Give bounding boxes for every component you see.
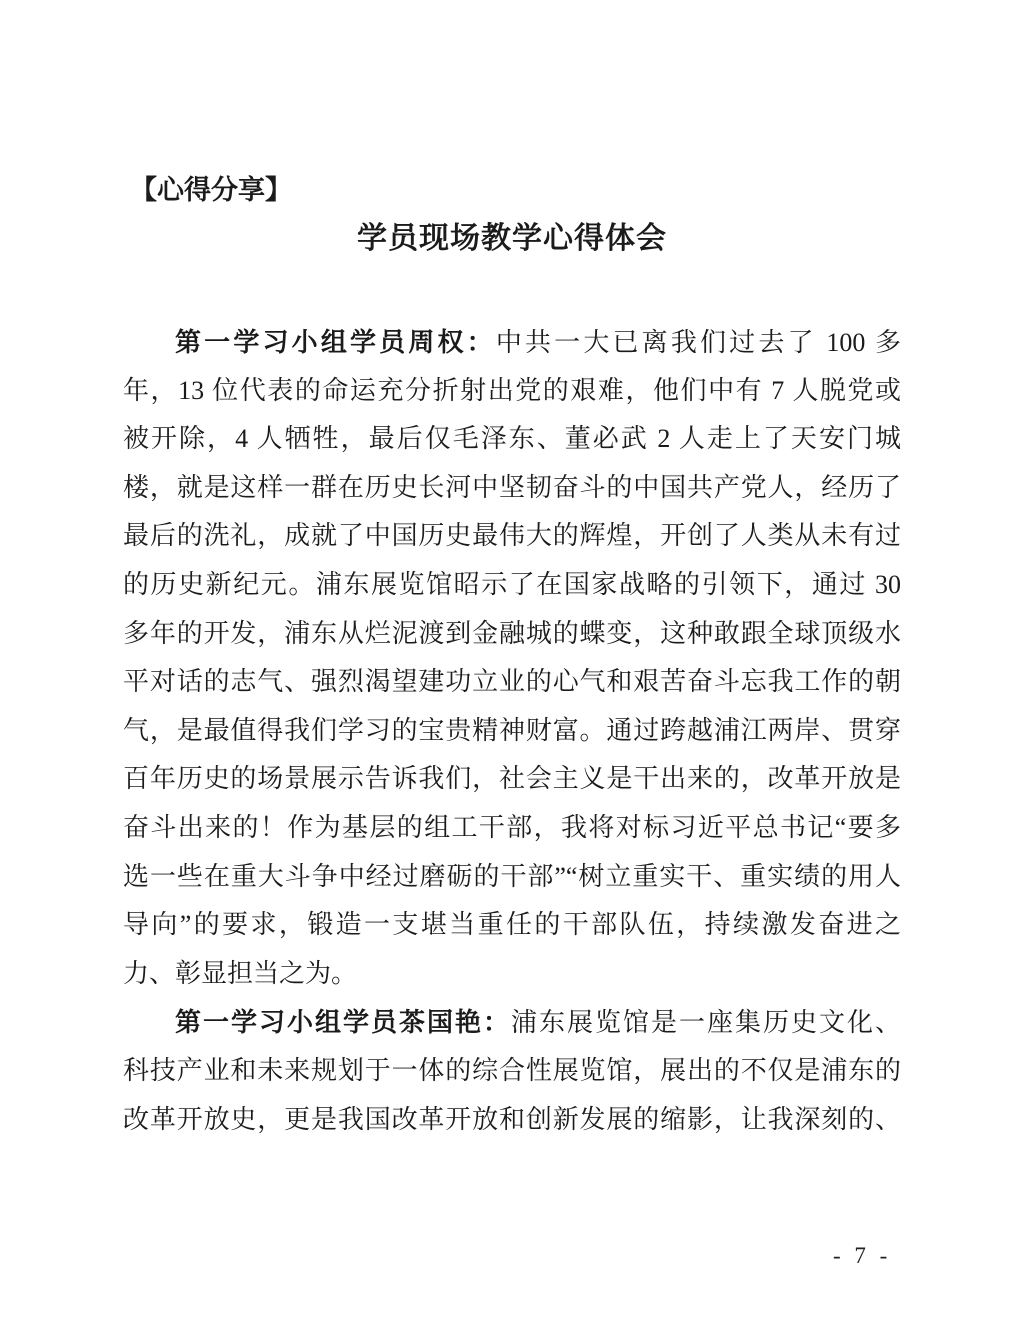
text-line: 气，是最值得我们学习的宝贵精神财富。通过跨越浦江两岸、贯穿 — [123, 707, 901, 756]
text-segment: 选一些在重大斗争中经过磨砺的干部”“树立重实干、重实绩的用人 — [123, 862, 901, 891]
text-segment: 百年历史的场景展示告诉我们，社会主义是干出来的，改革开放是 — [123, 764, 901, 793]
text-segment: 中共一大已离我们过去了 100 多 — [496, 328, 901, 357]
text-segment: 气，是最值得我们学习的宝贵精神财富。通过跨越浦江两岸、贯穿 — [123, 716, 901, 745]
paragraph-chaguoyan: 第一学习小组学员茶国艳：浦东展览馆是一座集历史文化、科技产业和未来规划于一体的综… — [123, 998, 901, 1144]
text-segment: 力、彰显担当之为。 — [123, 959, 357, 988]
text-segment: 科技产业和未来规划于一体的综合性展览馆，展出的不仅是浦东的 — [123, 1056, 901, 1085]
text-line: 导向”的要求，锻造一支堪当重任的干部队伍，持续激发奋进之 — [123, 901, 901, 950]
text-line: 楼，就是这样一群在历史长河中坚韧奋斗的中国共产党人，经历了 — [123, 464, 901, 513]
text-line: 年，13 位代表的命运充分折射出党的艰难，他们中有 7 人脱党或 — [123, 367, 901, 416]
speaker-label: 第一学习小组学员茶国艳： — [175, 1007, 511, 1037]
text-line: 百年历史的场景展示告诉我们，社会主义是干出来的，改革开放是 — [123, 755, 901, 804]
text-line: 被开除，4 人牺牲，最后仅毛泽东、董必武 2 人走上了天安门城 — [123, 415, 901, 464]
text-line: 奋斗出来的！作为基层的组工干部，我将对标习近平总书记“要多 — [123, 804, 901, 853]
text-line: 第一学习小组学员周权：中共一大已离我们过去了 100 多 — [123, 318, 901, 367]
text-line: 改革开放史，更是我国改革开放和创新发展的缩影，让我深刻的、 — [123, 1096, 901, 1145]
document-page: 【心得分享】 学员现场教学心得体会 第一学习小组学员周权：中共一大已离我们过去了… — [0, 0, 1024, 1325]
text-segment: 最后的洗礼，成就了中国历史最伟大的辉煌，开创了人类从未有过 — [123, 521, 901, 550]
text-line: 力、彰显担当之为。 — [123, 950, 901, 999]
text-segment: 导向”的要求，锻造一支堪当重任的干部队伍，持续激发奋进之 — [123, 910, 901, 939]
text-line: 科技产业和未来规划于一体的综合性展览馆，展出的不仅是浦东的 — [123, 1047, 901, 1096]
text-line: 的历史新纪元。浦东展览馆昭示了在国家战略的引领下，通过 30 — [123, 561, 901, 610]
paragraph-zhouquan: 第一学习小组学员周权：中共一大已离我们过去了 100 多年，13 位代表的命运充… — [123, 318, 901, 998]
text-segment: 被开除，4 人牺牲，最后仅毛泽东、董必武 2 人走上了天安门城 — [123, 424, 901, 453]
text-segment: 奋斗出来的！作为基层的组工干部，我将对标习近平总书记“要多 — [123, 813, 901, 842]
text-segment: 平对话的志气、强烈渴望建功立业的心气和艰苦奋斗忘我工作的朝 — [123, 667, 901, 696]
text-segment: 的历史新纪元。浦东展览馆昭示了在国家战略的引领下，通过 30 — [123, 570, 901, 599]
text-segment: 多年的开发，浦东从烂泥渡到金融城的蝶变，这种敢跟全球顶级水 — [123, 619, 901, 648]
text-segment: 年，13 位代表的命运充分折射出党的艰难，他们中有 7 人脱党或 — [123, 376, 901, 405]
page-number: - 7 - — [833, 1241, 943, 1271]
document-body: 第一学习小组学员周权：中共一大已离我们过去了 100 多年，13 位代表的命运充… — [123, 318, 901, 1144]
page-title: 学员现场教学心得体会 — [123, 220, 901, 258]
text-line: 选一些在重大斗争中经过磨砺的干部”“树立重实干、重实绩的用人 — [123, 853, 901, 902]
section-header: 【心得分享】 — [130, 174, 292, 206]
text-segment: 楼，就是这样一群在历史长河中坚韧奋斗的中国共产党人，经历了 — [123, 473, 901, 502]
text-line: 最后的洗礼，成就了中国历史最伟大的辉煌，开创了人类从未有过 — [123, 512, 901, 561]
text-segment: 浦东展览馆是一座集历史文化、 — [511, 1008, 901, 1037]
speaker-label: 第一学习小组学员周权： — [175, 327, 496, 357]
text-line: 第一学习小组学员茶国艳：浦东展览馆是一座集历史文化、 — [123, 998, 901, 1047]
text-line: 平对话的志气、强烈渴望建功立业的心气和艰苦奋斗忘我工作的朝 — [123, 658, 901, 707]
text-segment: 改革开放史，更是我国改革开放和创新发展的缩影，让我深刻的、 — [123, 1105, 901, 1134]
text-line: 多年的开发，浦东从烂泥渡到金融城的蝶变，这种敢跟全球顶级水 — [123, 610, 901, 659]
